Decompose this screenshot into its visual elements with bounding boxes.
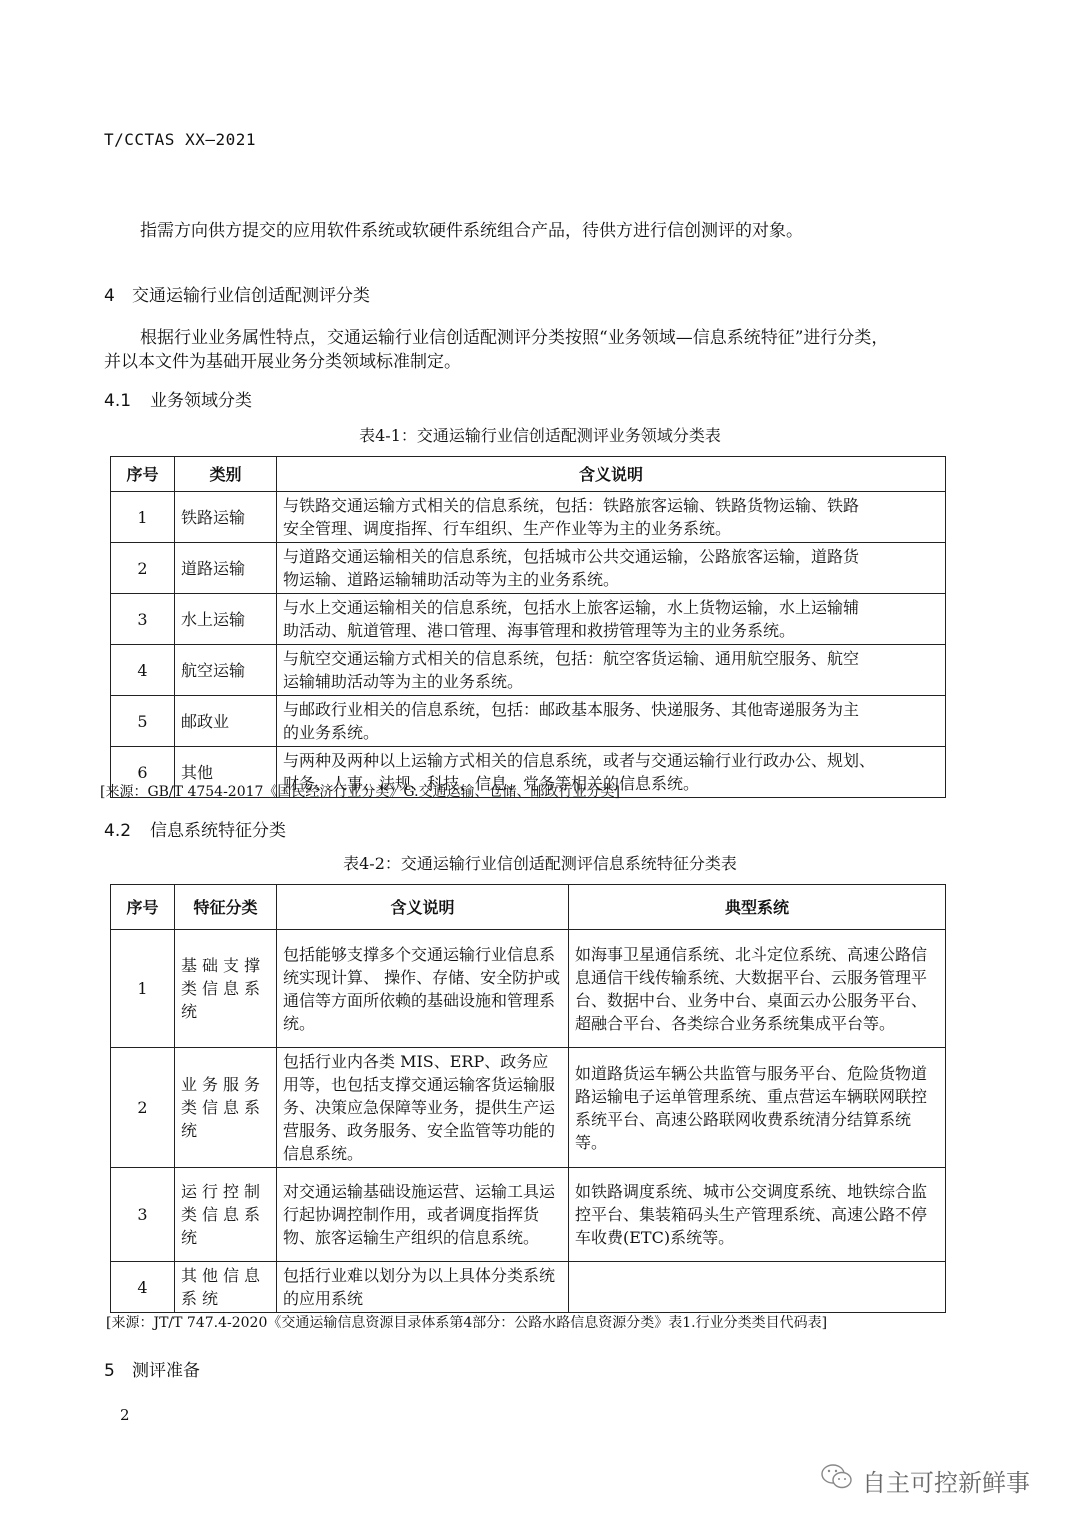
table-header-row: 序号 特征分类 含义说明 典型系统 xyxy=(111,885,946,930)
meaning-line: 助活动、航道管理、港口管理、海事管理和救捞管理等为主的业务系统。 xyxy=(283,619,939,642)
row-number: 2 xyxy=(111,1048,175,1168)
table-row: 4 航空运输 与航空交通运输方式相关的信息系统，包括：航空客货运输、通用航空服务… xyxy=(111,645,946,696)
meaning-line: 与铁路交通运输方式相关的信息系统，包括：铁路旅客运输、铁路货物运输、铁路 xyxy=(283,494,939,517)
meaning-line: 与邮政行业相关的信息系统，包括：邮政基本服务、快递服务、其他寄递服务为主 xyxy=(283,698,939,721)
row-category: 其他信息系统 xyxy=(175,1262,277,1313)
row-number: 4 xyxy=(111,645,175,696)
row-number: 3 xyxy=(111,594,175,645)
row-meaning: 包括行业难以划分为以上具体分类系统的应用系统 xyxy=(277,1262,569,1313)
section-5-heading: 5测评准备 xyxy=(104,1356,200,1381)
row-category: 道路运输 xyxy=(175,543,277,594)
meaning-line: 运输辅助活动等为主的业务系统。 xyxy=(283,670,939,693)
row-number: 1 xyxy=(111,492,175,543)
row-number: 2 xyxy=(111,543,175,594)
watermark-text: 自主可控新鲜事 xyxy=(862,1463,1030,1498)
row-category: 水上运输 xyxy=(175,594,277,645)
wechat-icon xyxy=(820,1462,854,1498)
row-typical-systems xyxy=(569,1262,946,1313)
meaning-line: 与两种及两种以上运输方式相关的信息系统，或者与交通运输行业行政办公、规划、 xyxy=(283,749,939,772)
row-number: 1 xyxy=(111,930,175,1048)
row-category: 运行控制类信息系统 xyxy=(175,1168,277,1262)
column-header: 类别 xyxy=(175,457,277,492)
column-header: 特征分类 xyxy=(175,885,277,930)
row-meaning: 对交通运输基础设施运营、运输工具运行起协调控制作用，或者调度指挥货物、旅客运输生… xyxy=(277,1168,569,1262)
column-header: 含义说明 xyxy=(277,885,569,930)
table-row: 1 铁路运输 与铁路交通运输方式相关的信息系统，包括：铁路旅客运输、铁路货物运输… xyxy=(111,492,946,543)
row-category: 铁路运输 xyxy=(175,492,277,543)
section-title: 交通运输行业信创适配测评分类 xyxy=(132,286,370,306)
section-title: 测评准备 xyxy=(132,1361,200,1381)
meaning-line: 与道路交通运输相关的信息系统，包括城市公共交通运输，公路旅客运输，道路货 xyxy=(283,545,939,568)
table-row: 4 其他信息系统 包括行业难以划分为以上具体分类系统的应用系统 xyxy=(111,1262,946,1313)
section-number: 4 xyxy=(104,286,132,306)
row-meaning: 与航空交通运输方式相关的信息系统，包括：航空客货运输、通用航空服务、航空运输辅助… xyxy=(277,645,946,696)
section-number: 4.1 xyxy=(104,391,150,411)
row-number: 3 xyxy=(111,1168,175,1262)
row-meaning: 与铁路交通运输方式相关的信息系统，包括：铁路旅客运输、铁路货物运输、铁路安全管理… xyxy=(277,492,946,543)
table-4-1: 序号 类别 含义说明 1 铁路运输 与铁路交通运输方式相关的信息系统，包括：铁路… xyxy=(110,456,946,798)
meaning-line: 安全管理、调度指挥、行车组织、生产作业等为主的业务系统。 xyxy=(283,517,939,540)
row-category: 业务服务类信息系统 xyxy=(175,1048,277,1168)
table-row: 2 道路运输 与道路交通运输相关的信息系统，包括城市公共交通运输，公路旅客运输，… xyxy=(111,543,946,594)
watermark: 自主可控新鲜事 xyxy=(820,1462,1030,1498)
section-title: 信息系统特征分类 xyxy=(150,821,286,841)
row-meaning: 包括行业内各类 MIS、ERP、政务应用等，也包括支撑交通运输客货运输服务、决策… xyxy=(277,1048,569,1168)
row-category: 邮政业 xyxy=(175,696,277,747)
table-row: 3 水上运输 与水上交通运输相关的信息系统，包括水上旅客运输，水上货物运输，水上… xyxy=(111,594,946,645)
table-4-2: 序号 特征分类 含义说明 典型系统 1 基础支撑类信息系统 包括能够支撑多个交通… xyxy=(110,884,946,1313)
section-4-para-line1: 根据行业业务属性特点，交通运输行业信创适配测评分类按照“业务领域—信息系统特征”… xyxy=(140,326,888,350)
row-meaning: 包括能够支撑多个交通运输行业信息系统实现计算、 操作、存储、安全防护或通信等方面… xyxy=(277,930,569,1048)
table-row: 5 邮政业 与邮政行业相关的信息系统，包括：邮政基本服务、快递服务、其他寄递服务… xyxy=(111,696,946,747)
row-category: 航空运输 xyxy=(175,645,277,696)
column-header: 含义说明 xyxy=(277,457,946,492)
table-row: 3 运行控制类信息系统 对交通运输基础设施运营、运输工具运行起协调控制作用，或者… xyxy=(111,1168,946,1262)
row-typical-systems: 如海事卫星通信系统、北斗定位系统、高速公路信息通信干线传输系统、大数据平台、云服… xyxy=(569,930,946,1048)
section-title: 业务领域分类 xyxy=(150,391,252,411)
section-number: 4.2 xyxy=(104,821,150,841)
section-4-heading: 4交通运输行业信创适配测评分类 xyxy=(104,281,370,306)
page-number: 2 xyxy=(120,1406,130,1424)
row-category: 基础支撑类信息系统 xyxy=(175,930,277,1048)
meaning-line: 与水上交通运输相关的信息系统，包括水上旅客运输，水上货物运输，水上运输辅 xyxy=(283,596,939,619)
table-4-1-source: [来源：GB/T 4754-2017《国民经济行业分类》G.交通运输、仓储、邮政… xyxy=(100,781,620,801)
section-4-para-line2: 并以本文件为基础开展业务分类领域标准制定。 xyxy=(104,350,461,374)
table-row: 2 业务服务类信息系统 包括行业内各类 MIS、ERP、政务应用等，也包括支撑交… xyxy=(111,1048,946,1168)
row-typical-systems: 如道路货运车辆公共监管与服务平台、危险货物道路运输电子运单管理系统、重点营运车辆… xyxy=(569,1048,946,1168)
table-4-2-source: [来源：JT/T 747.4-2020《交通运输信息资源目录体系第4部分：公路水… xyxy=(106,1312,827,1332)
row-meaning: 与道路交通运输相关的信息系统，包括城市公共交通运输，公路旅客运输，道路货物运输、… xyxy=(277,543,946,594)
section-4-2-heading: 4.2信息系统特征分类 xyxy=(104,816,286,841)
table-4-1-caption: 表4-1：交通运输行业信创适配测评业务领域分类表 xyxy=(0,423,1080,446)
intro-paragraph: 指需方向供方提交的应用软件系统或软硬件系统组合产品，待供方进行信创测评的对象。 xyxy=(140,219,803,243)
column-header: 典型系统 xyxy=(569,885,946,930)
table-row: 1 基础支撑类信息系统 包括能够支撑多个交通运输行业信息系统实现计算、 操作、存… xyxy=(111,930,946,1048)
row-meaning: 与水上交通运输相关的信息系统，包括水上旅客运输，水上货物运输，水上运输辅助活动、… xyxy=(277,594,946,645)
meaning-line: 的业务系统。 xyxy=(283,721,939,744)
table-header-row: 序号 类别 含义说明 xyxy=(111,457,946,492)
row-number: 5 xyxy=(111,696,175,747)
row-number: 4 xyxy=(111,1262,175,1313)
meaning-line: 物运输、道路运输辅助活动等为主的业务系统。 xyxy=(283,568,939,591)
row-typical-systems: 如铁路调度系统、城市公交调度系统、地铁综合监控平台、集装箱码头生产管理系统、高速… xyxy=(569,1168,946,1262)
section-4-1-heading: 4.1业务领域分类 xyxy=(104,386,252,411)
table-4-2-caption: 表4-2：交通运输行业信创适配测评信息系统特征分类表 xyxy=(0,851,1080,874)
section-number: 5 xyxy=(104,1361,132,1381)
column-header: 序号 xyxy=(111,457,175,492)
document-number: T/CCTAS XX—2021 xyxy=(104,130,256,149)
row-meaning: 与邮政行业相关的信息系统，包括：邮政基本服务、快递服务、其他寄递服务为主的业务系… xyxy=(277,696,946,747)
meaning-line: 与航空交通运输方式相关的信息系统，包括：航空客货运输、通用航空服务、航空 xyxy=(283,647,939,670)
column-header: 序号 xyxy=(111,885,175,930)
